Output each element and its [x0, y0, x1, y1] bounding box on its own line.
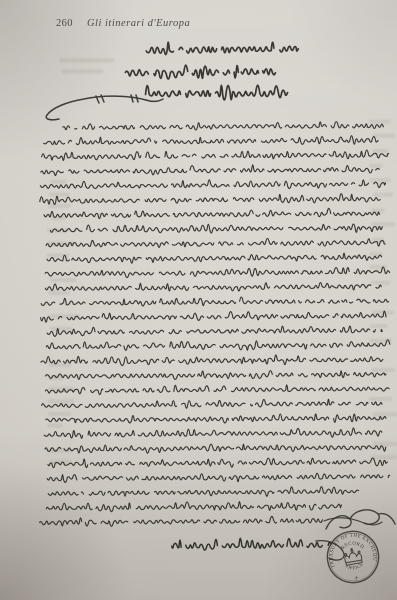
handwriting-line — [41, 310, 386, 322]
paper-speckle — [339, 122, 341, 124]
paper-speckle — [73, 63, 74, 64]
paper-speckle — [226, 226, 227, 227]
address-line — [125, 64, 275, 79]
handwriting-line — [41, 296, 389, 307]
handwriting-block — [36, 41, 391, 552]
paper-speckle — [343, 511, 344, 512]
paper-speckle — [240, 488, 241, 489]
archive-stamp: TREASURY OF THE EXCHEQUER RECORD OFFICE … — [323, 527, 382, 586]
ghost-text-row — [62, 69, 103, 73]
paper-speckle — [245, 425, 246, 426]
handwriting-line — [45, 384, 389, 395]
paper-speckle — [49, 470, 50, 471]
handwriting-line — [48, 486, 358, 497]
show-through-text — [41, 45, 397, 512]
page-number: 260 — [56, 18, 73, 29]
ghost-text-row — [373, 412, 397, 416]
paper-speckle — [98, 150, 99, 151]
paper-speckle — [279, 182, 280, 183]
paper-speckle — [224, 46, 226, 48]
stamp-cross-mark: + — [354, 574, 360, 583]
ghost-text-row — [48, 399, 75, 403]
paper-speckle — [373, 63, 374, 64]
handwriting-line — [44, 208, 380, 219]
ghost-text-row — [372, 193, 393, 197]
handwriting-line — [44, 428, 382, 439]
paper-speckle — [365, 64, 366, 65]
handwriting-line — [45, 267, 389, 278]
handwriting-line — [47, 325, 382, 336]
ghost-text-row — [369, 164, 382, 168]
ghost-text-row — [373, 442, 397, 446]
ghost-text-row — [371, 222, 395, 226]
paper-speckle — [260, 139, 261, 140]
paper-speckle — [196, 62, 197, 63]
paper-speckle — [335, 283, 336, 284]
running-title: Gli itinerari d'Europa — [87, 18, 190, 29]
handwriting-line — [45, 282, 381, 293]
ghost-text-row — [51, 216, 66, 220]
paper-speckle — [317, 231, 318, 232]
manuscript-facsimile: TREASURY OF THE EXCHEQUER RECORD OFFICE … — [0, 0, 397, 600]
handwriting-line — [48, 457, 387, 468]
handwriting-line — [41, 164, 380, 176]
address-line — [146, 41, 298, 54]
paper-speckle — [216, 166, 217, 167]
address-line — [146, 85, 288, 101]
ghost-text-row — [48, 291, 70, 295]
ghost-text-row — [48, 412, 71, 416]
handwriting-line — [42, 399, 382, 410]
handwriting-line — [40, 193, 380, 204]
paper-speckle — [42, 300, 43, 301]
signature-line — [172, 538, 331, 551]
paper-speckle — [211, 205, 212, 206]
ghost-text-row — [370, 324, 388, 328]
ghost-text-row — [369, 120, 391, 124]
ghost-text-row — [373, 149, 389, 153]
ghost-text-row — [49, 460, 71, 464]
handwriting-line — [45, 443, 386, 454]
page-header: 260 Gli itinerari d'Europa — [56, 18, 190, 29]
paraph-flourish — [46, 95, 163, 120]
handwriting-line — [46, 238, 385, 249]
ghost-text-row — [50, 327, 72, 331]
ghost-text-row — [372, 134, 395, 138]
handwriting-line — [46, 501, 341, 512]
handwriting-line — [47, 253, 382, 264]
ghost-text-row — [371, 455, 397, 459]
ghost-text-row — [47, 423, 63, 427]
paper-speckle — [124, 480, 125, 481]
handwriting-line — [63, 121, 384, 131]
paper-speckle — [329, 132, 330, 133]
handwriting-line — [45, 370, 386, 381]
ghost-text-row — [372, 238, 384, 242]
ghost-text-row — [59, 58, 114, 62]
paper-speckle — [157, 330, 159, 332]
ghost-text-row — [371, 281, 391, 285]
seal-ribbon — [326, 510, 395, 529]
ghost-text-row — [49, 192, 69, 196]
paper-speckle — [41, 343, 42, 344]
handwriting-line — [44, 135, 378, 146]
paper-speckle — [185, 250, 186, 251]
ghost-text-row — [48, 204, 70, 208]
ghost-text-row — [370, 178, 391, 182]
handwriting-line — [50, 223, 382, 234]
paper-speckle — [131, 176, 132, 177]
handwriting-line — [42, 150, 389, 161]
ghost-text-row — [50, 278, 77, 282]
handwriting-line — [40, 516, 323, 527]
paper-speckle — [129, 194, 130, 195]
stamp-office-text: OFFICE — [344, 561, 365, 573]
crown-icon — [343, 547, 362, 566]
handwriting-line — [40, 179, 385, 191]
handwriting-line — [46, 413, 386, 424]
ghost-text-row — [371, 368, 395, 372]
book-page-photo: 260 Gli itinerari d'Europa — [0, 0, 397, 600]
handwriting-line — [41, 354, 383, 366]
paper-speckle — [337, 157, 338, 158]
ghost-text-row — [369, 397, 392, 401]
ghost-text-row — [50, 180, 67, 184]
handwriting-line — [46, 340, 390, 352]
handwriting-line — [47, 472, 390, 483]
ghost-text-row — [49, 363, 72, 367]
